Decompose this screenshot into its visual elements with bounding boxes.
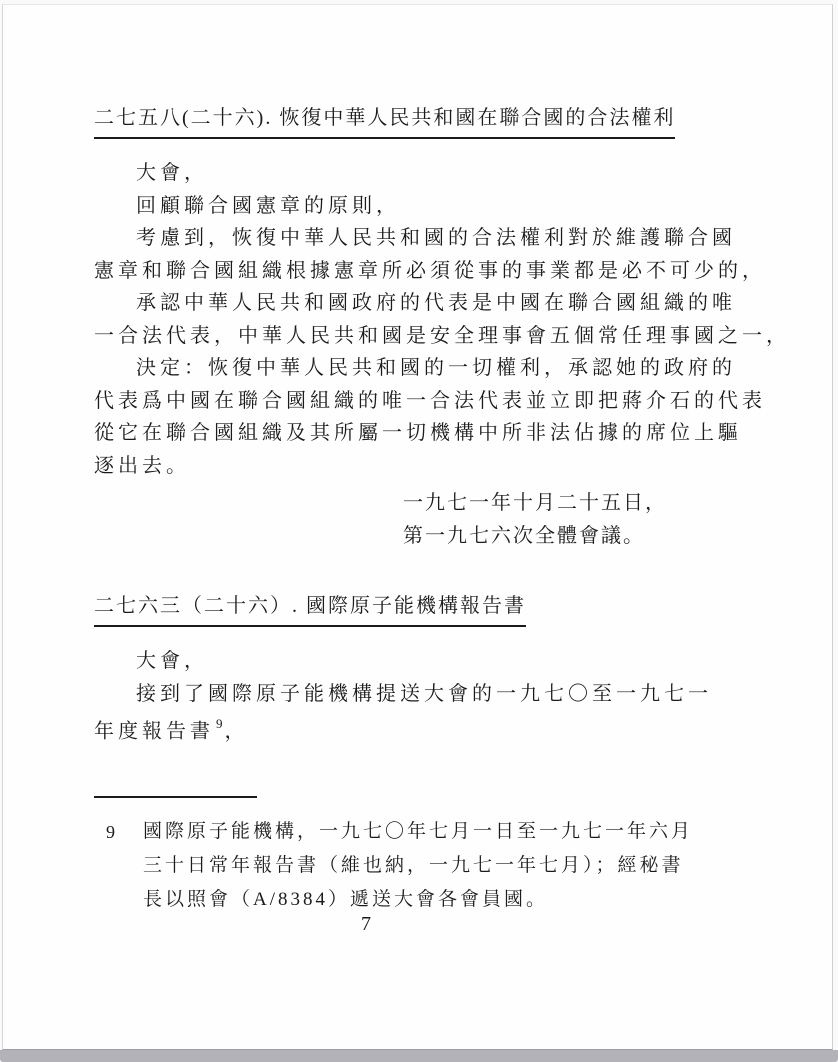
body-line: 回顧聯合國憲章的原則，: [94, 190, 774, 223]
resolution-2763-body: 大會， 接到了國際原子能機構提送大會的一九七〇至一九七一 年度報告書9，: [94, 645, 774, 748]
body-line: 從它在聯合國組織及其所屬一切機構中所非法佔據的席位上驅: [94, 417, 774, 450]
footnote-text: 國際原子能機構，一九七〇年七月一日至一九七一年六月 三十日常年報告書（維也納，一…: [143, 815, 693, 917]
body-line: 大會，: [94, 157, 774, 190]
document-page: 二七五八(二十六). 恢復中華人民共和國在聯合國的合法權利 大會， 回顧聯合國憲…: [2, 4, 833, 1050]
body-line: 決定：恢復中華人民共和國的一切權利，承認她的政府的: [94, 352, 774, 385]
body-line: 考慮到，恢復中華人民共和國的合法權利對於維護聯合國: [94, 222, 774, 255]
scan-edge-strip: [0, 1050, 838, 1062]
resolution-2763-section: 二七六三（二十六）. 國際原子能機構報告書 大會， 接到了國際原子能機構提送大會…: [94, 593, 774, 748]
adoption-date-block: 一九七一年十月二十五日， 第一九七六次全體會議。: [403, 487, 774, 553]
body-line: 承認中華人民共和國政府的代表是中國在聯合國組織的唯: [94, 287, 774, 320]
footnote-line: 長以照會（A/8384）遞送大會各會員國。: [143, 883, 693, 917]
page-content: 二七五八(二十六). 恢復中華人民共和國在聯合國的合法權利 大會， 回顧聯合國憲…: [94, 105, 774, 917]
adoption-date: 一九七一年十月二十五日，: [403, 487, 774, 520]
footnote-9: 9 國際原子能機構，一九七〇年七月一日至一九七一年六月 三十日常年報告書（維也納…: [94, 815, 774, 917]
body-line: 接到了國際原子能機構提送大會的一九七〇至一九七一: [94, 678, 774, 711]
resolution-2763-heading: 二七六三（二十六）. 國際原子能機構報告書: [94, 593, 526, 627]
body-text: ，: [225, 721, 249, 743]
resolution-2758-heading: 二七五八(二十六). 恢復中華人民共和國在聯合國的合法權利: [94, 105, 675, 139]
footnote-line: 三十日常年報告書（維也納，一九七一年七月）；經秘書: [143, 849, 693, 883]
body-line: 大會，: [94, 645, 774, 678]
body-text: 年度報告書: [94, 721, 214, 743]
body-line: 代表爲中國在聯合國組織的唯一合法代表並立即把蔣介石的代表: [94, 385, 774, 418]
resolution-2758-body: 大會， 回顧聯合國憲章的原則， 考慮到，恢復中華人民共和國的合法權利對於維護聯合…: [94, 157, 774, 482]
body-line-with-footnote-ref: 年度報告書9，: [94, 710, 774, 748]
footnote-reference: 9: [214, 716, 225, 731]
body-line: 憲章和聯合國組織根據憲章所必須從事的事業都是必不可少的，: [94, 255, 774, 288]
page-number: 7: [361, 913, 371, 936]
body-line: 逐出去。: [94, 450, 774, 483]
footnote-separator: [94, 796, 257, 798]
footnote-marker: 9: [94, 815, 143, 917]
body-line: 一合法代表，中華人民共和國是安全理事會五個常任理事國之一，: [94, 320, 774, 353]
plenary-meeting: 第一九七六次全體會議。: [403, 520, 774, 553]
footnote-line: 國際原子能機構，一九七〇年七月一日至一九七一年六月: [143, 815, 693, 849]
